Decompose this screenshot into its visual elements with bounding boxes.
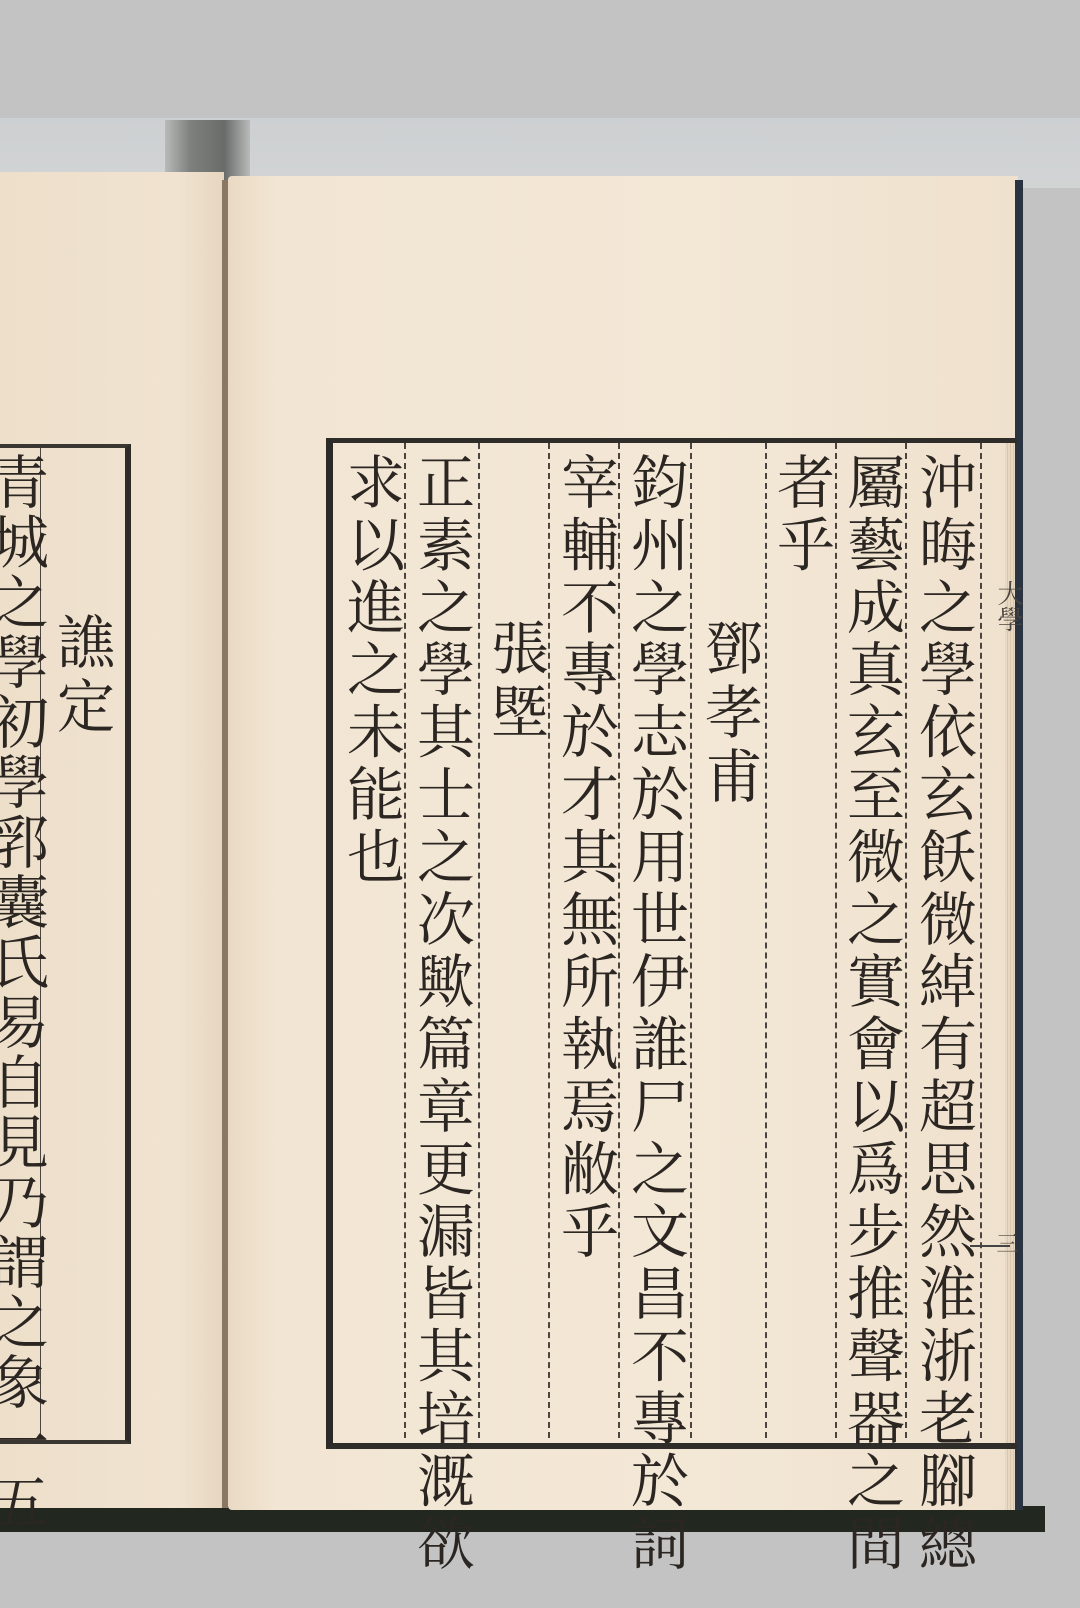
margin-heading: 大學 — [990, 580, 1027, 632]
text-column-5: 鈞州之學志於用世伊誰尸之文昌不專於詞 — [626, 452, 684, 1575]
column-rule — [905, 443, 907, 1438]
name-column-zhang: 張塈 — [486, 618, 544, 746]
text-column-6: 宰輔不專於才其無所執焉敝乎 — [556, 452, 614, 1263]
name-column-deng: 鄧孝甫 — [700, 618, 758, 810]
column-rule — [478, 443, 480, 1438]
column-rule — [548, 443, 550, 1438]
left-column-body: 青城之學初學郛囊氏易自見乃謂之象一五 — [0, 452, 44, 1532]
left-column-name: 譙定 — [52, 612, 110, 740]
text-column-8: 正素之學其士之次歟篇章更漏皆其培溉欲 — [412, 452, 470, 1575]
column-rule — [690, 443, 692, 1438]
spine-shadow — [165, 120, 250, 180]
text-column-2: 屬藝成真玄至微之實會以爲步推聲器之間 — [842, 452, 900, 1575]
text-column-3: 者乎 — [772, 452, 830, 577]
text-column-1: 沖晦之學依玄飫微綽有超思然淮浙老腳總 — [914, 452, 972, 1575]
column-rule — [980, 443, 982, 1438]
column-rule — [765, 443, 767, 1438]
text-column-9: 求以進之未能也 — [342, 452, 400, 889]
